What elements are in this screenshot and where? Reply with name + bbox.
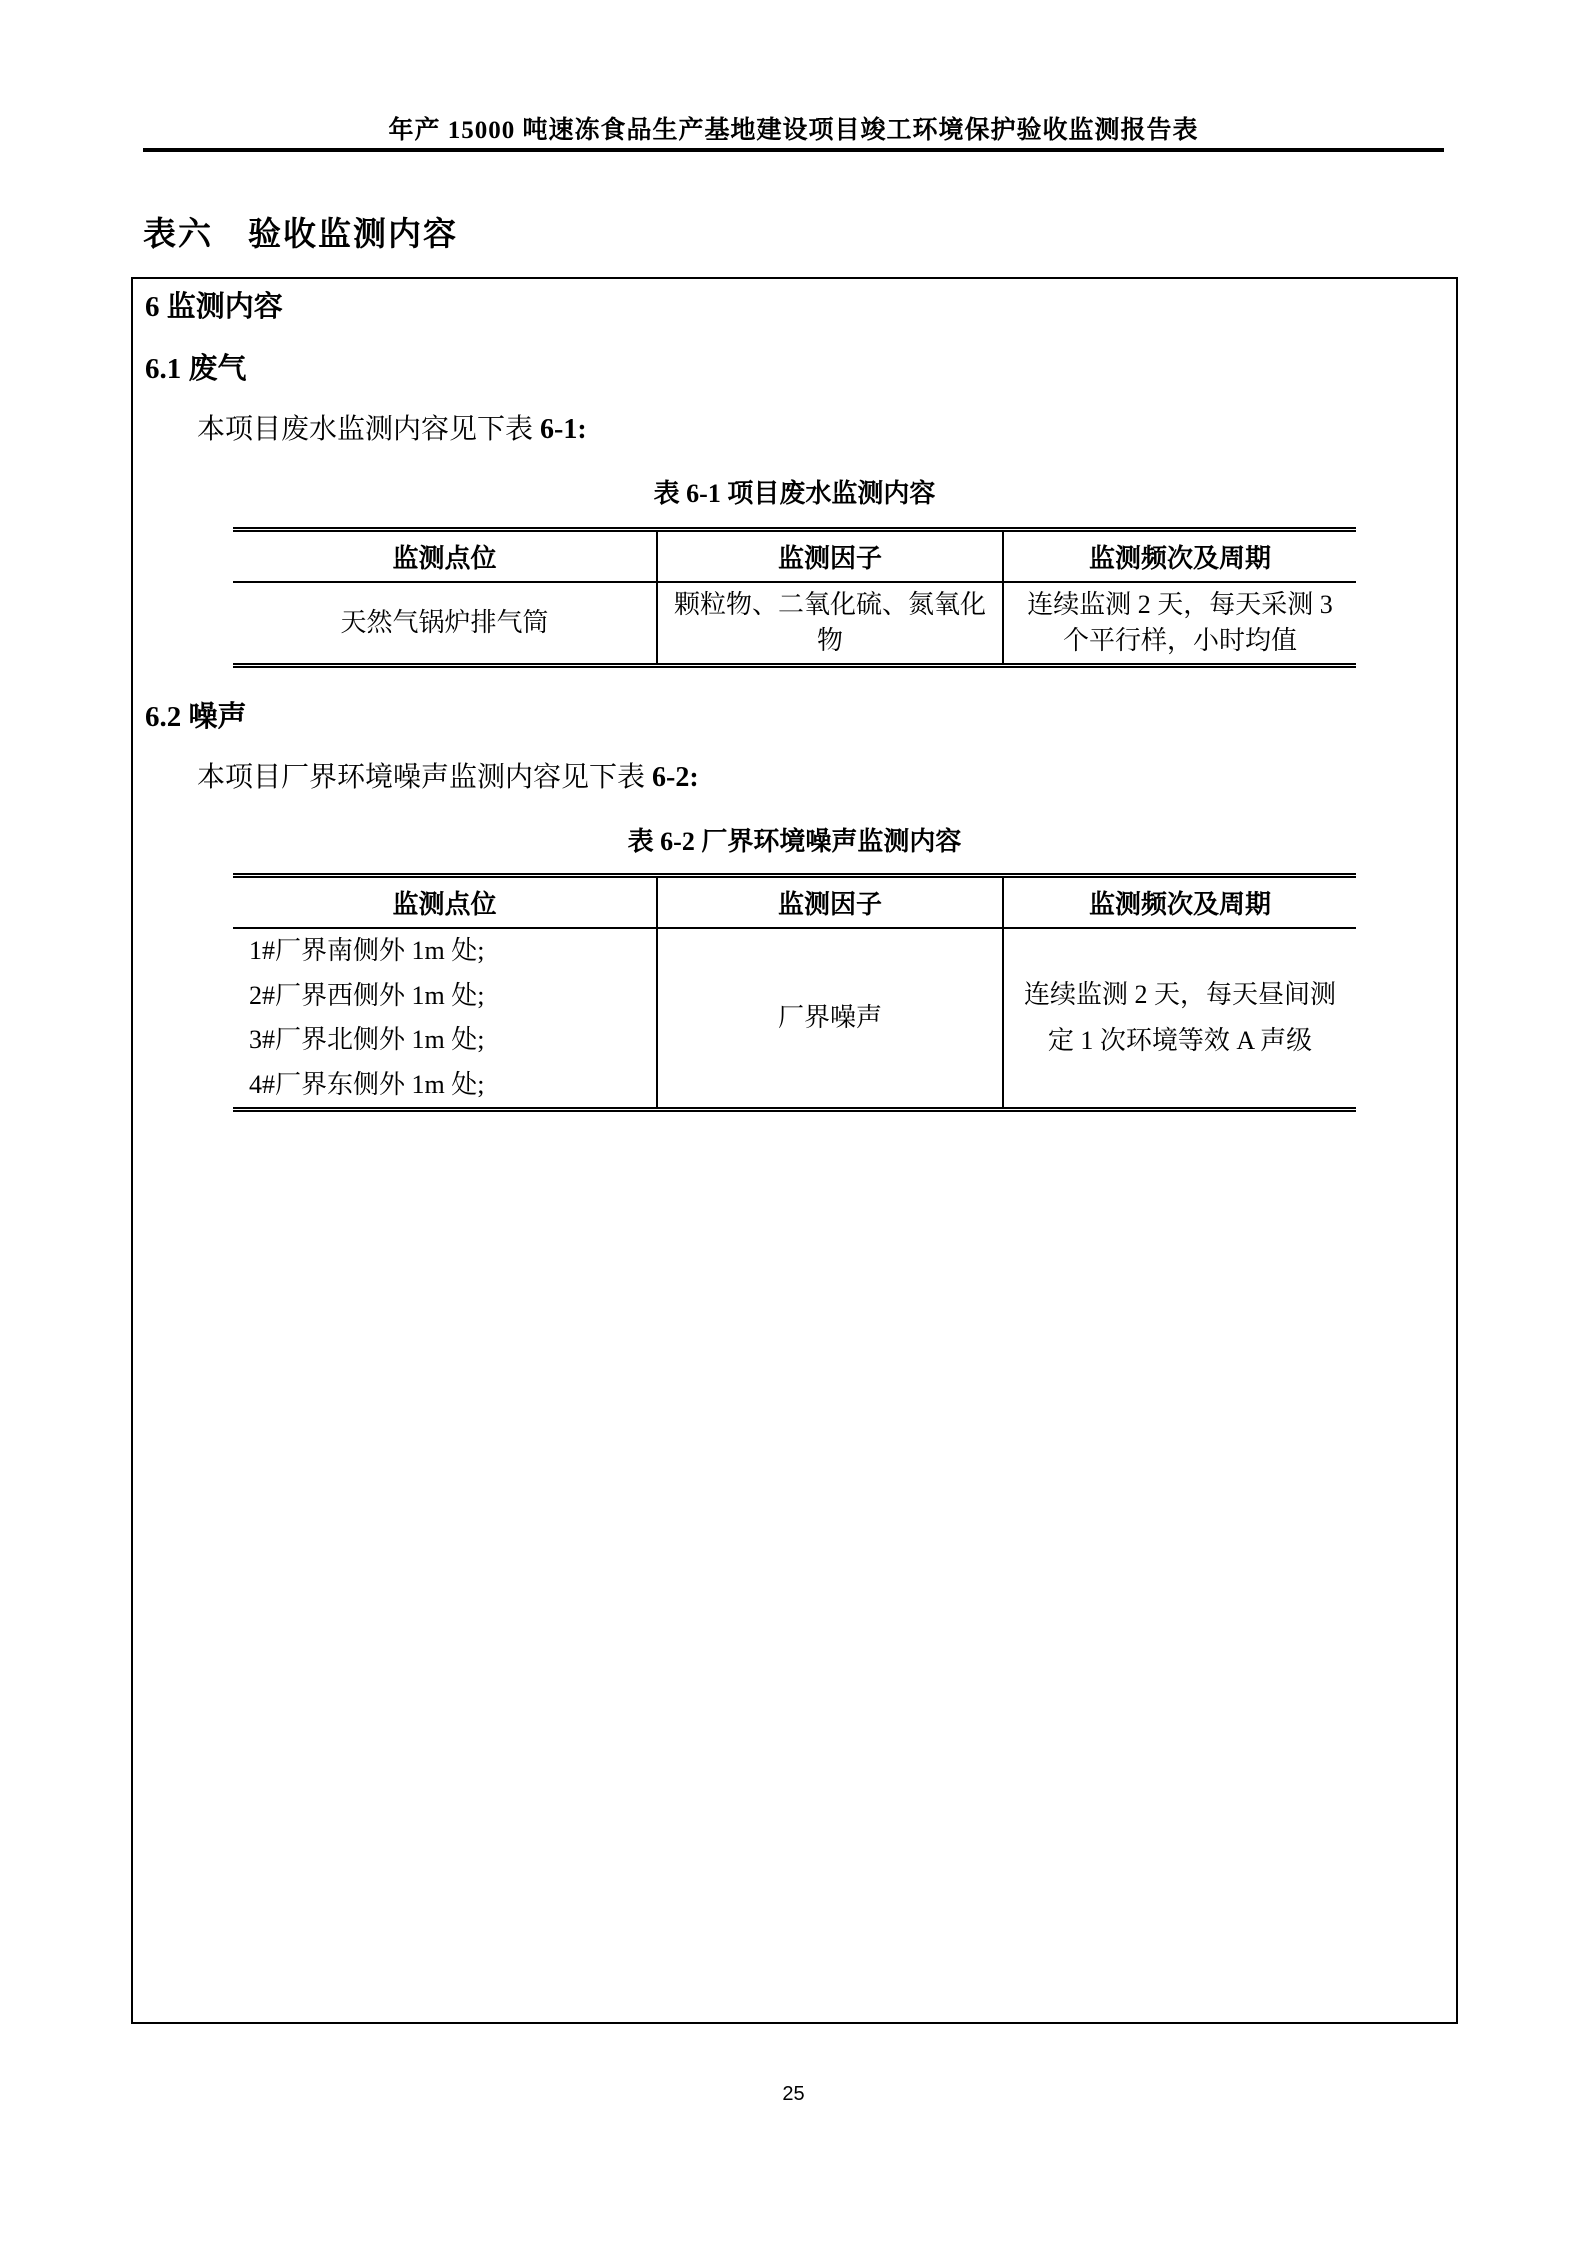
noise-intro-text: 本项目厂界环境噪声监测内容见下表 bbox=[197, 762, 652, 793]
table-6-1-header-frequency-period: 监测频次及周期 bbox=[1002, 532, 1356, 583]
page-number: 25 bbox=[0, 2083, 1587, 2106]
table-6-1-caption: 表 6-1 项目废水监测内容 bbox=[233, 476, 1356, 512]
table-6-2-cell-frequency: 连续监测 2 天，每天昼间测 定 1 次环境等效 A 声级 bbox=[1002, 929, 1356, 1107]
table-6-2-reference: 6-2: bbox=[652, 762, 699, 793]
table-6-2-caption: 表 6-2 厂界环境噪声监测内容 bbox=[233, 824, 1356, 860]
section-title: 表六 验收监测内容 bbox=[143, 208, 458, 255]
table-6-1-header-monitoring-point: 监测点位 bbox=[233, 532, 656, 583]
table-6-2-header-monitoring-point: 监测点位 bbox=[233, 878, 656, 929]
table-6-1-reference: 6-1: bbox=[540, 414, 587, 445]
heading-noise: 6.2 噪声 bbox=[145, 696, 247, 738]
document-page: 年产 15000 吨速冻食品生产基地建设项目竣工环境保护验收监测报告表 表六 验… bbox=[0, 0, 1587, 2245]
wastewater-intro-text: 本项目废水监测内容见下表 bbox=[197, 414, 540, 445]
table-6-2-header-monitoring-factor: 监测因子 bbox=[656, 878, 1002, 929]
table-6-2-cell-points: 1#厂界南侧外 1m 处; 2#厂界西侧外 1m 处; 3#厂界北侧外 1m 处… bbox=[233, 929, 656, 1107]
table-6-1-header-monitoring-factor: 监测因子 bbox=[656, 532, 1002, 583]
table-6-1-cell-point: 天然气锅炉排气筒 bbox=[233, 583, 656, 663]
paragraph-wastewater-intro: 本项目废水监测内容见下表 6-1: bbox=[197, 410, 587, 450]
table-6-2-cell-factor: 厂界噪声 bbox=[656, 929, 1002, 1107]
heading-waste-gas: 6.1 废气 bbox=[145, 348, 247, 390]
page-header-title: 年产 15000 吨速冻食品生产基地建设项目竣工环境保护验收监测报告表 bbox=[0, 110, 1587, 146]
heading-monitoring-content: 6 监测内容 bbox=[145, 286, 283, 328]
paragraph-noise-intro: 本项目厂界环境噪声监测内容见下表 6-2: bbox=[197, 758, 699, 798]
table-6-2-header-frequency-period: 监测频次及周期 bbox=[1002, 878, 1356, 929]
table-6-1-cell-frequency: 连续监测 2 天，每天采测 3 个平行样，小时均值 bbox=[1002, 583, 1356, 663]
table-6-1: 监测点位 监测因子 监测频次及周期 天然气锅炉排气筒 颗粒物、二氧化硫、氮氧化 … bbox=[233, 527, 1356, 668]
table-6-1-cell-factors: 颗粒物、二氧化硫、氮氧化 物 bbox=[656, 583, 1002, 663]
table-6-2: 监测点位 监测因子 监测频次及周期 1#厂界南侧外 1m 处; 2#厂界西侧外 … bbox=[233, 873, 1356, 1112]
header-rule bbox=[143, 148, 1444, 152]
content-box: 6 监测内容 6.1 废气 本项目废水监测内容见下表 6-1: 表 6-1 项目… bbox=[131, 277, 1458, 2024]
